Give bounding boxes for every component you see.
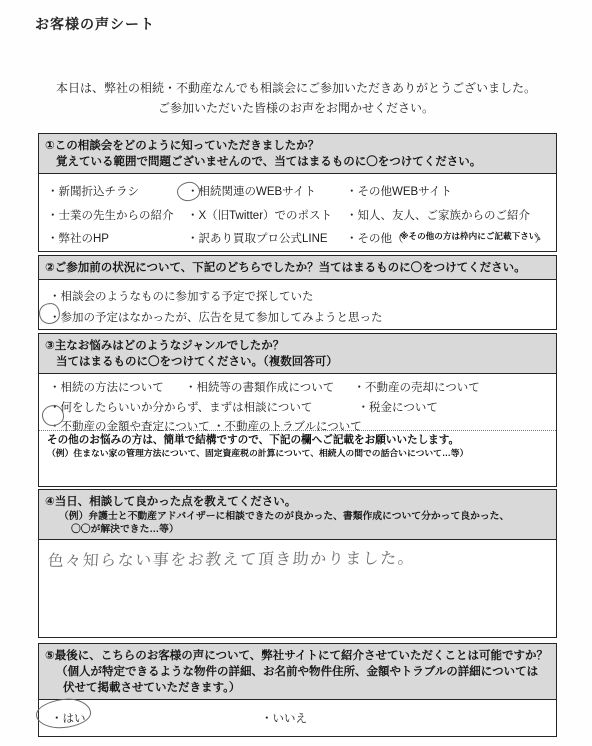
q4-header: ④当日、相談して良かった点を教えてください。 （例）弁護士と不動産アドバイザーに… [39,490,556,540]
q4-example-line-1: （例）弁護士と不動産アドバイザーに相談できたのが良かった、書類作成について分かっ… [45,510,548,523]
section-q1-how-did-you-hear: ①この相談会をどのように知っていただきましたか？ 覚えている範囲で問題ございませ… [38,133,557,252]
q1-option-x-twitter-post: ・X（旧Twitter）でのポスト [187,207,346,223]
q3-body: ・相続の方法について ・相続等の書類作成について ・不動産の売却について ・何を… [39,374,556,459]
q3-header-line-1: ③主なお悩みはどのようなジャンルでしたか？ [45,338,548,354]
q1-option-company-hp: ・弊社のHP [47,230,187,246]
q3-option-inheritance-method: ・相続の方法について [49,379,164,399]
q2-body: ・相談会のようなものに参加する予定で探していた ・参加の予定はなかったが、広告を… [39,280,556,329]
q1-body: ・新聞折込チラシ ・相続関連のWEBサイト ・その他WEBサイト ・士業の先生か… [39,174,556,246]
q1-header: ①この相談会をどのように知っていただきましたか？ 覚えている範囲で問題ございませ… [39,134,556,174]
q3-header-line-2: 当てはまるものに〇をつけてください。（複数回答可） [45,354,548,370]
q3-option-dont-know-where-to-start: ・何をしたらいいか分からず、まずは相談について [49,399,312,419]
q5-header: ⑤最後に、こちらのお客様の声について、弊社サイトにて紹介させていただくことは可能… [39,644,556,700]
q4-header-line-1: ④当日、相談して良かった点を教えてください。 [45,494,548,510]
page-title: お客様の声シート [35,14,155,34]
q3-header: ③主なお悩みはどのようなジャンルでしたか？ 当てはまるものに〇をつけてください。… [39,334,556,374]
q1-option-inheritance-website: ・相続関連のWEBサイト [187,183,346,199]
section-q5-publication-consent: ⑤最後に、こちらのお客様の声について、弊社サイトにて紹介させていただくことは可能… [38,643,557,737]
q1-option-other-website: ・その他WEBサイト [346,183,546,199]
q5-header-line-2: （個人が特定できるような物件の詳細、お名前や物件住所、金額やトラブルの詳細につい… [45,664,548,680]
q3-option-property-sale: ・不動産の売却について [353,379,479,399]
q3-option-tax: ・税金について [358,399,438,419]
customer-voice-sheet: お客様の声シート 本日は、弊社の相続・不動産なんでも相談会にご参加いただきありが… [0,0,592,746]
q5-body: ・はい ・いいえ [39,700,556,726]
q5-option-no: ・いいえ [261,710,307,726]
q3-options: ・相続の方法について ・相続等の書類作成について ・不動産の売却について ・何を… [39,374,556,430]
q3-other-concerns-area: その他のお悩みの方は、簡単で結構ですので、下記の欄へご記載をお願いいたします。 … [39,430,556,459]
q2-option-planned-to-attend: ・相談会のようなものに参加する予定で探していた [49,287,548,308]
q5-header-line-1: ⑤最後に、こちらのお客様の声について、弊社サイトにて紹介させていただくことは可能… [45,648,548,664]
q1-header-line-1: ①この相談会をどのように知っていただきましたか？ [45,138,548,154]
q4-body: 色々知らない事をお教えて頂き助かりました。 [39,540,556,571]
q1-option-professional-referral: ・士業の先生からの紹介 [47,207,187,223]
q3-other-example: （例）住まない家の管理方法について、固定資産税の計算について、相続人の間での話合… [47,447,548,459]
q2-header: ②ご参加前の状況について、下記のどちらでしたか？当てはまるものに〇をつけてくださ… [39,256,556,280]
q3-other-title: その他のお悩みの方は、簡単で結構ですので、下記の欄へご記載をお願いいたします。 [47,434,548,447]
q1-option-newspaper-flyer: ・新聞折込チラシ [47,183,187,199]
q1-option-official-line: ・訳あり買取プロ公式LINE [187,230,346,246]
q2-option-saw-ad: ・参加の予定はなかったが、広告を見て参加してみようと思った [49,308,548,329]
q1-option-friends-family-referral: ・知人、友人、ご家族からのご紹介 [346,207,546,223]
q3-row-2: ・何をしたらいいか分からず、まずは相談について ・税金について [49,399,548,419]
q3-option-document-preparation: ・相続等の書類作成について [185,379,334,399]
q4-handwritten-answer: 色々知らない事をお教えて頂き助かりました。 [37,536,556,571]
q1-header-line-2: 覚えている範囲で問題ございませんので、当てはまるものに〇をつけてください。 [45,154,548,170]
section-q3-concern-genre: ③主なお悩みはどのようなジャンルでしたか？ 当てはまるものに〇をつけてください。… [38,333,557,487]
intro-line-2: ご参加いただいた皆様のお声をお聞かせください。 [158,101,434,115]
intro-line-1: 本日は、弊社の相続・不動産なんでも相談会にご参加いただきありがとうございました。 [56,81,536,95]
q1-other-note: ※その他の方は枠内にご記載下さい。 [400,230,546,242]
section-q4-good-points: ④当日、相談して良かった点を教えてください。 （例）弁護士と不動産アドバイザーに… [38,489,557,638]
q1-other-open-paren: ・その他（ [346,230,404,246]
q4-example-line-2: 〇〇が解決できた…等） [45,523,548,536]
intro-text: 本日は、弊社の相続・不動産なんでも相談会にご参加いただきありがとうございました。… [0,78,592,118]
q5-header-line-3: 伏せて掲載させていただきます。） [45,680,548,696]
q3-row-1: ・相続の方法について ・相続等の書類作成について ・不動産の売却について [49,379,548,399]
section-q2-situation-before: ②ご参加前の状況について、下記のどちらでしたか？当てはまるものに〇をつけてくださ… [38,255,557,330]
